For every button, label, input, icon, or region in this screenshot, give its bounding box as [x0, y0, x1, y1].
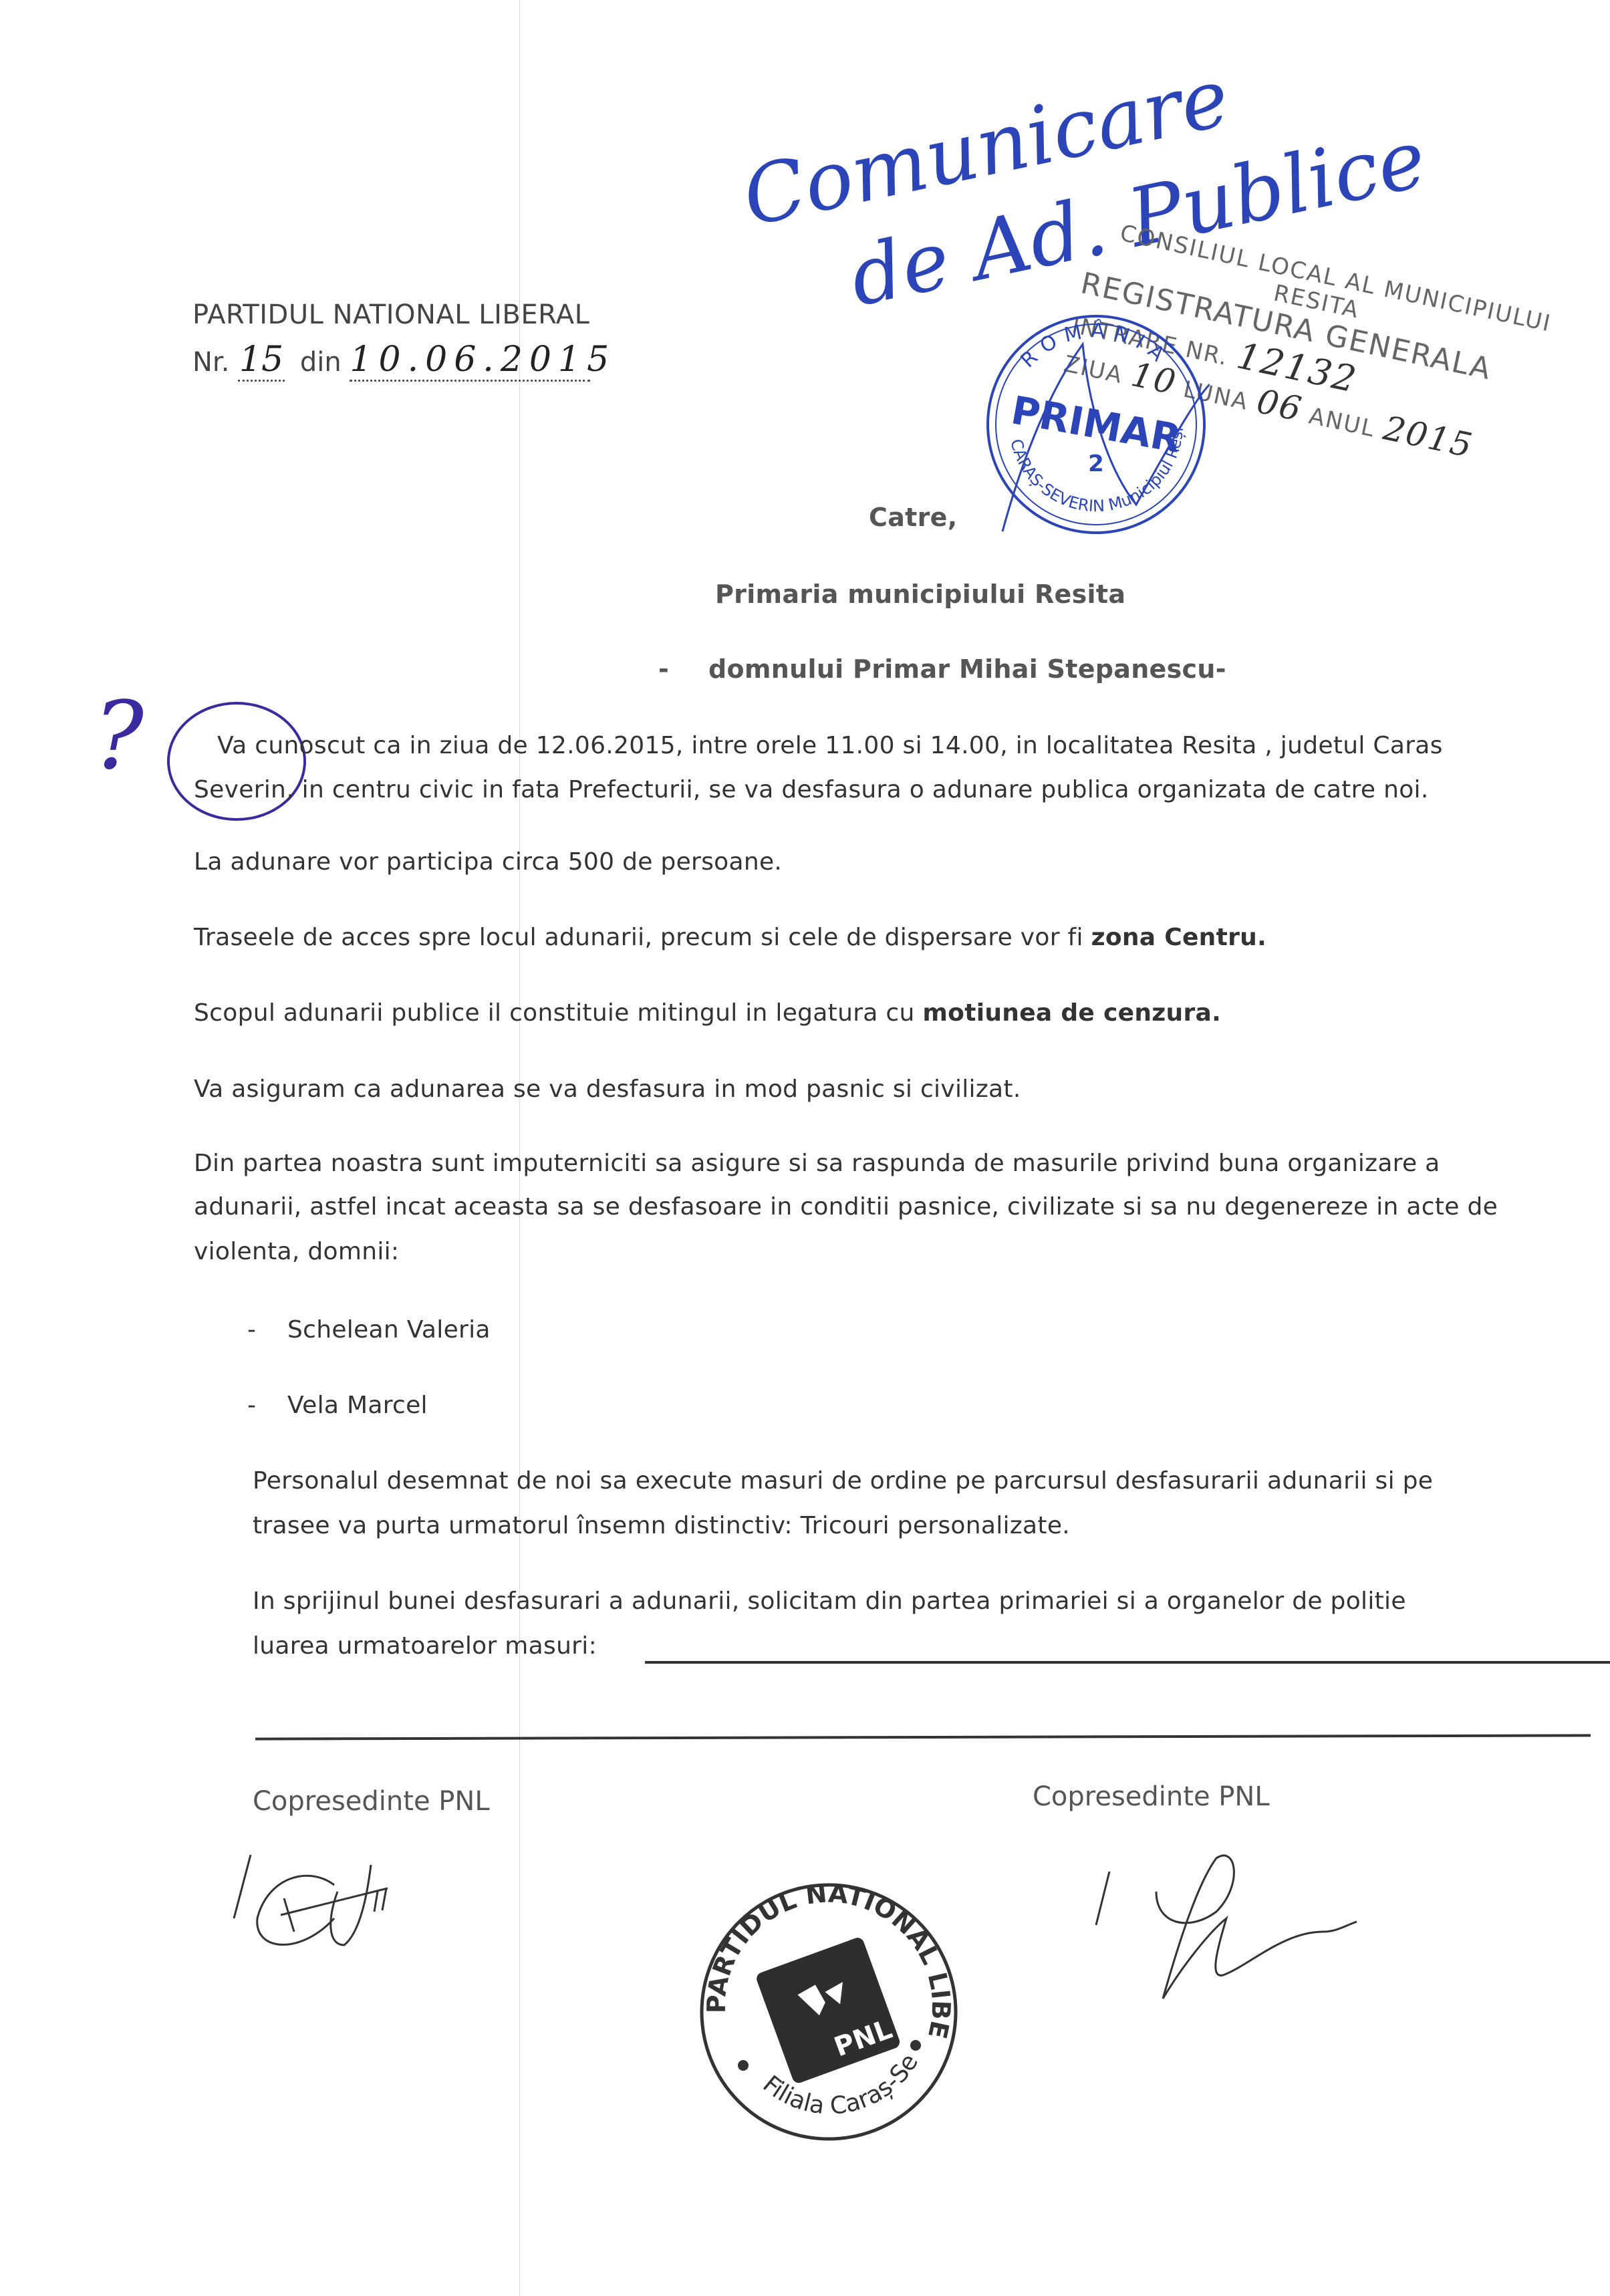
paragraph-responsibles-line-1: Din partea noastra sunt imputerniciti sa… — [194, 1152, 1440, 1176]
paragraph-responsibles-line-2: adunarii, astfel incat aceasta sa se des… — [194, 1195, 1498, 1219]
margin-question-mark: ? — [94, 682, 144, 791]
list-item: -Vela Marcel — [247, 1394, 428, 1418]
addressee-dash: - — [658, 656, 669, 682]
person-name: Vela Marcel — [287, 1392, 428, 1419]
nr-value: 15 — [238, 340, 285, 382]
measures-fill-line — [645, 1661, 1610, 1664]
paragraph-personnel-line-1: Personalul desemnat de noi sa execute ma… — [253, 1469, 1433, 1493]
signature-title-left: Copresedinte PNL — [253, 1786, 490, 1817]
measures-fill-line-2 — [255, 1734, 1591, 1740]
paragraph-personnel-line-2: trasee va purta urmatorul însemn distinc… — [253, 1514, 1070, 1538]
document-number-line: Nr. 15 din 10.06.2015 — [192, 340, 590, 382]
mayor-stamp: ROMÂNIA CARAȘ-SEVERIN Municipiul Reșița … — [982, 311, 1210, 538]
paragraph-request-line-1: In sprijinul bunei desfasurari a adunari… — [253, 1589, 1406, 1614]
routes-zone: zona Centru. — [1091, 924, 1266, 951]
paragraph-participants: La adunare vor participa circa 500 de pe… — [194, 850, 782, 874]
date-value: 10.06.2015 — [350, 340, 590, 382]
party-stamp: PARTIDUL NATIONAL LIBERAL Filiala Caraș-… — [695, 1878, 962, 2146]
svg-text:ROMÂNIA: ROMÂNIA — [1017, 318, 1175, 372]
catre-label: Catre, — [869, 505, 957, 530]
signature-left-icon — [227, 1838, 428, 1958]
paragraph-assurance: Va asiguram ca adunarea se va desfasura … — [194, 1077, 1021, 1102]
addressee-person: domnului Primar Mihai Stepanescu- — [708, 656, 1226, 682]
purpose-topic: motiunea de cenzura. — [922, 999, 1221, 1027]
party-stamp-ring-icon: PARTIDUL NATIONAL LIBERAL Filiala Caraș-… — [695, 1878, 962, 2146]
paragraph-responsibles-line-3: violenta, domnii: — [194, 1240, 399, 1264]
paragraph-purpose: Scopul adunarii publice il constituie mi… — [194, 1001, 1221, 1025]
svg-text:2: 2 — [1088, 451, 1104, 477]
paragraph-1-line-1: Va cunoscut ca in ziua de 12.06.2015, in… — [217, 734, 1443, 758]
paragraph-1-line-2: Severin, in centru civic in fata Prefect… — [194, 778, 1429, 802]
person-name: Schelean Valeria — [287, 1316, 491, 1344]
list-item: -Schelean Valeria — [247, 1318, 491, 1342]
party-header: PARTIDUL NATIONAL LIBERAL — [192, 299, 589, 330]
addressee-institution: Primaria municipiului Resita — [715, 582, 1125, 607]
paragraph-routes: Traseele de acces spre locul adunarii, p… — [194, 926, 1266, 950]
nr-label: Nr. — [192, 347, 229, 378]
din-label: din — [300, 347, 342, 378]
signature-title-right: Copresedinte PNL — [1033, 1781, 1270, 1812]
signature-right-icon — [1083, 1845, 1363, 2019]
mayor-stamp-ring-icon: ROMÂNIA CARAȘ-SEVERIN Municipiul Reșița … — [982, 311, 1210, 538]
paragraph-request-line-2: luarea urmatoarelor masuri: — [253, 1634, 597, 1658]
